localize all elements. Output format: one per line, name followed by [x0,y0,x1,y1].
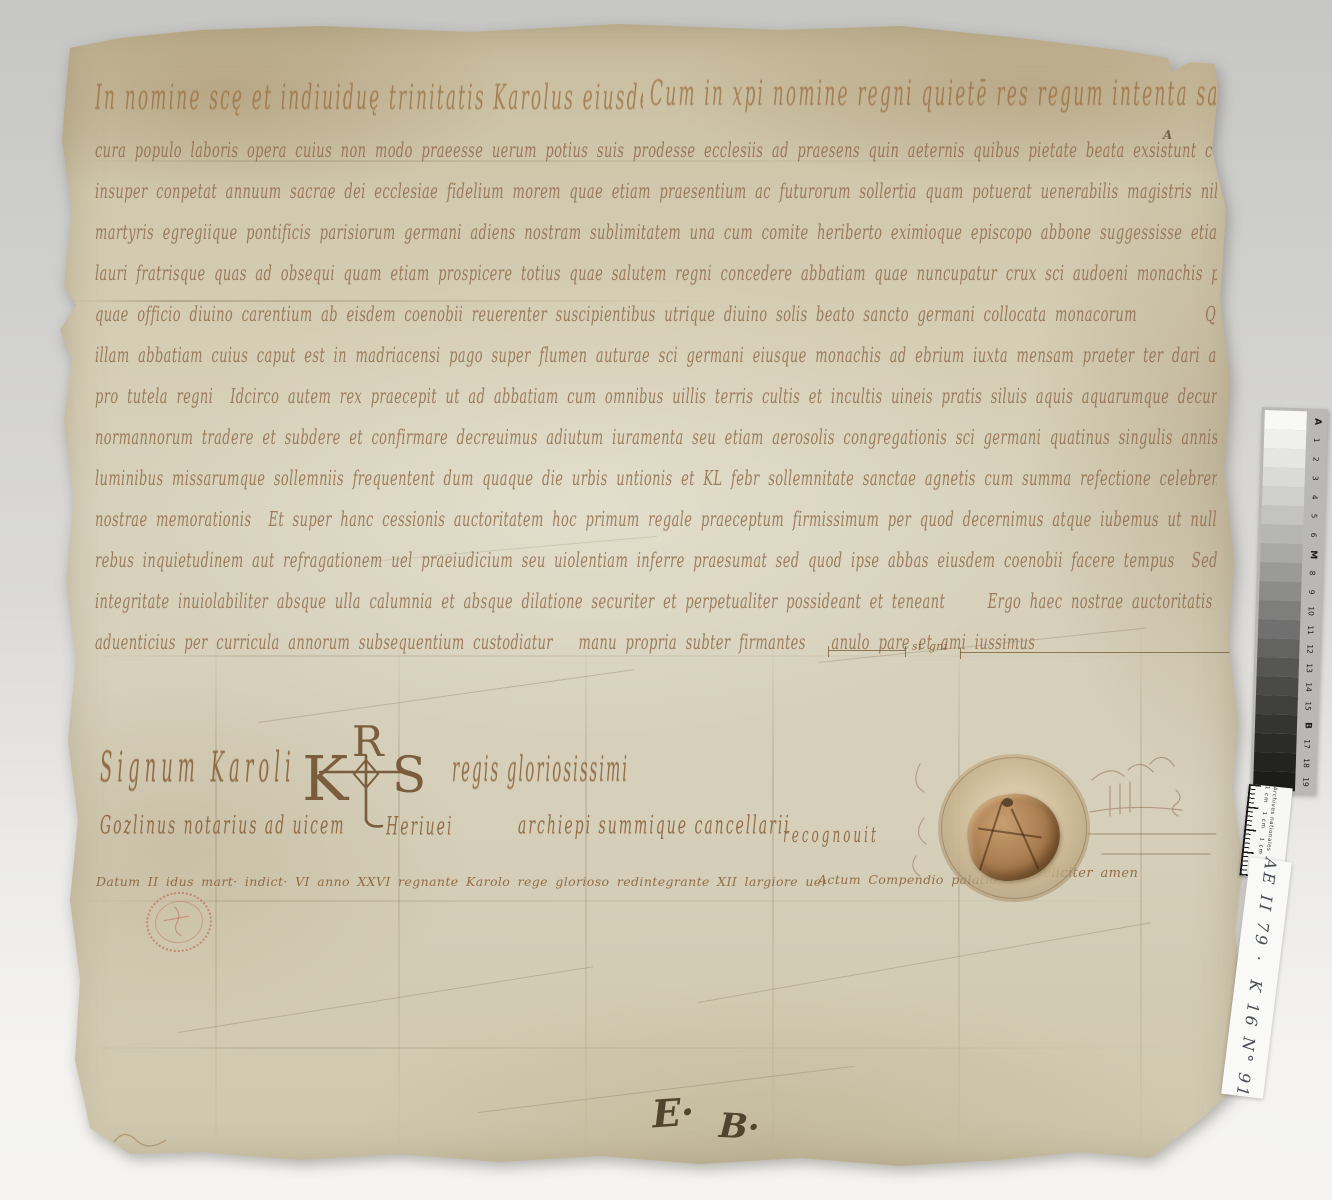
ruled-blank-line [960,652,1232,661]
manuscript-line: rebus inquietudinem aut refragationem ue… [95,550,1217,573]
grayscale-patch [1261,524,1304,544]
grayscale-patch [1255,695,1298,715]
ruled-note: si gni [912,640,948,653]
grayscale-step: 11 [1258,619,1322,640]
grayscale-patch [1257,657,1300,677]
wax-seal-fragment [962,788,1065,886]
grayscale-step: A [1264,410,1328,431]
grayscale-step-label: 6 [1309,525,1319,546]
grayscale-patch [1260,562,1303,582]
bottom-scribble [110,1126,180,1150]
ruled-blank-line [828,650,906,659]
svg-text:S: S [392,746,426,804]
manuscript-line: illam abbatiam cuius caput est in madria… [95,345,1217,368]
endorsement-letter-e: E· [650,1089,695,1137]
datum-line: Datum II idus mart· indict· VI anno XXVI… [96,874,826,889]
interlinear-mark: A [1163,128,1172,142]
endorsement-letter-b: B· [718,1106,761,1148]
grayscale-patch [1263,467,1306,487]
grayscale-patch [1258,619,1301,639]
archive-stamp-crest [144,890,210,951]
grayscale-step: 1 [1264,429,1328,450]
grayscale-step: 8 [1260,562,1324,583]
grayscale-step: B [1255,714,1319,735]
recognovit-text: recognouit [783,822,893,876]
chancellor-name: Heriuei [386,813,476,874]
seal-ink-sketches-left [880,756,936,886]
grayscale-step: 2 [1263,448,1327,469]
grayscale-step: 17 [1254,733,1318,754]
seal-ink-sketches [1080,738,1242,888]
grayscale-step-label: 19 [1301,771,1311,792]
notary-name: Gozlinus notarius ad uicem [100,812,350,877]
seal-damage-hole [1002,798,1013,807]
body-lines: cura populo laboris opera cuius non modo… [58,22,1243,1170]
grayscale-patch [1264,429,1307,449]
manuscript-line: luminibus missarumque sollemniis frequen… [95,468,1217,491]
svg-text:K: K [302,742,350,815]
grayscale-step-label: 15 [1303,695,1313,716]
grayscale-step: M [1260,543,1324,564]
manuscript-line: integritate inuiolabiliter absque ulla c… [95,591,1217,614]
parchment-surface: In nomine scę et indiuiduę trinitatis Ka… [58,22,1243,1170]
grayscale-step: 18 [1254,752,1318,773]
manuscript-line: lauri fratrisque quas ad obsequi quam et… [95,263,1217,286]
manuscript-line: martyris egregiique pontificis parisioru… [95,222,1217,245]
manuscript-line: pro tutela regni Idcirco autem rex praec… [95,386,1217,409]
grayscale-patch [1262,486,1305,506]
grayscale-patch [1254,752,1297,772]
manuscript-line: quae officio diuino carentium ab eisdem … [95,304,1217,327]
grayscale-step: 3 [1263,467,1327,488]
grayscale-step: 9 [1259,581,1323,602]
endorsement: E· B· [652,1090,760,1135]
grayscale-patch [1259,581,1302,601]
grayscale-patch [1257,638,1300,658]
grayscale-step: 14 [1256,676,1320,697]
grayscale-step: 15 [1255,695,1319,716]
grayscale-patch [1261,505,1304,525]
wax-seal [938,754,1090,902]
studio-background: In nomine scę et indiuiduę trinitatis Ka… [0,0,1332,1200]
grayscale-step: 12 [1257,638,1321,659]
grayscale-patch [1258,600,1301,620]
chancellor-title: archiepi summique cancellarii [518,812,798,877]
grayscale-patch [1255,714,1298,734]
grayscale-calibration-strip: A123456M89101112131415B171819 [1250,407,1328,795]
grayscale-patch [1256,676,1299,696]
grayscale-step: 5 [1261,505,1325,526]
grayscale-patch [1264,410,1307,430]
grayscale-step: 10 [1258,600,1322,621]
grayscale-step: 4 [1262,486,1326,507]
grayscale-patch [1263,448,1306,468]
manuscript-line: normannorum tradere et subdere et confir… [95,427,1217,450]
manuscript-line: nostrae memorationis Et super hanc cessi… [95,509,1217,532]
manuscript-line: insuper conpetat annuum sacrae dei eccle… [95,181,1217,204]
grayscale-patch [1260,543,1303,563]
grayscale-step: 6 [1261,524,1325,545]
grayscale-step: 13 [1257,657,1321,678]
manuscript-line: cura populo laboris opera cuius non modo… [95,140,1217,163]
parchment-sheet: In nomine scę et indiuiduę trinitatis Ka… [58,22,1243,1170]
grayscale-patch [1254,733,1297,753]
svg-text:R: R [352,718,385,766]
